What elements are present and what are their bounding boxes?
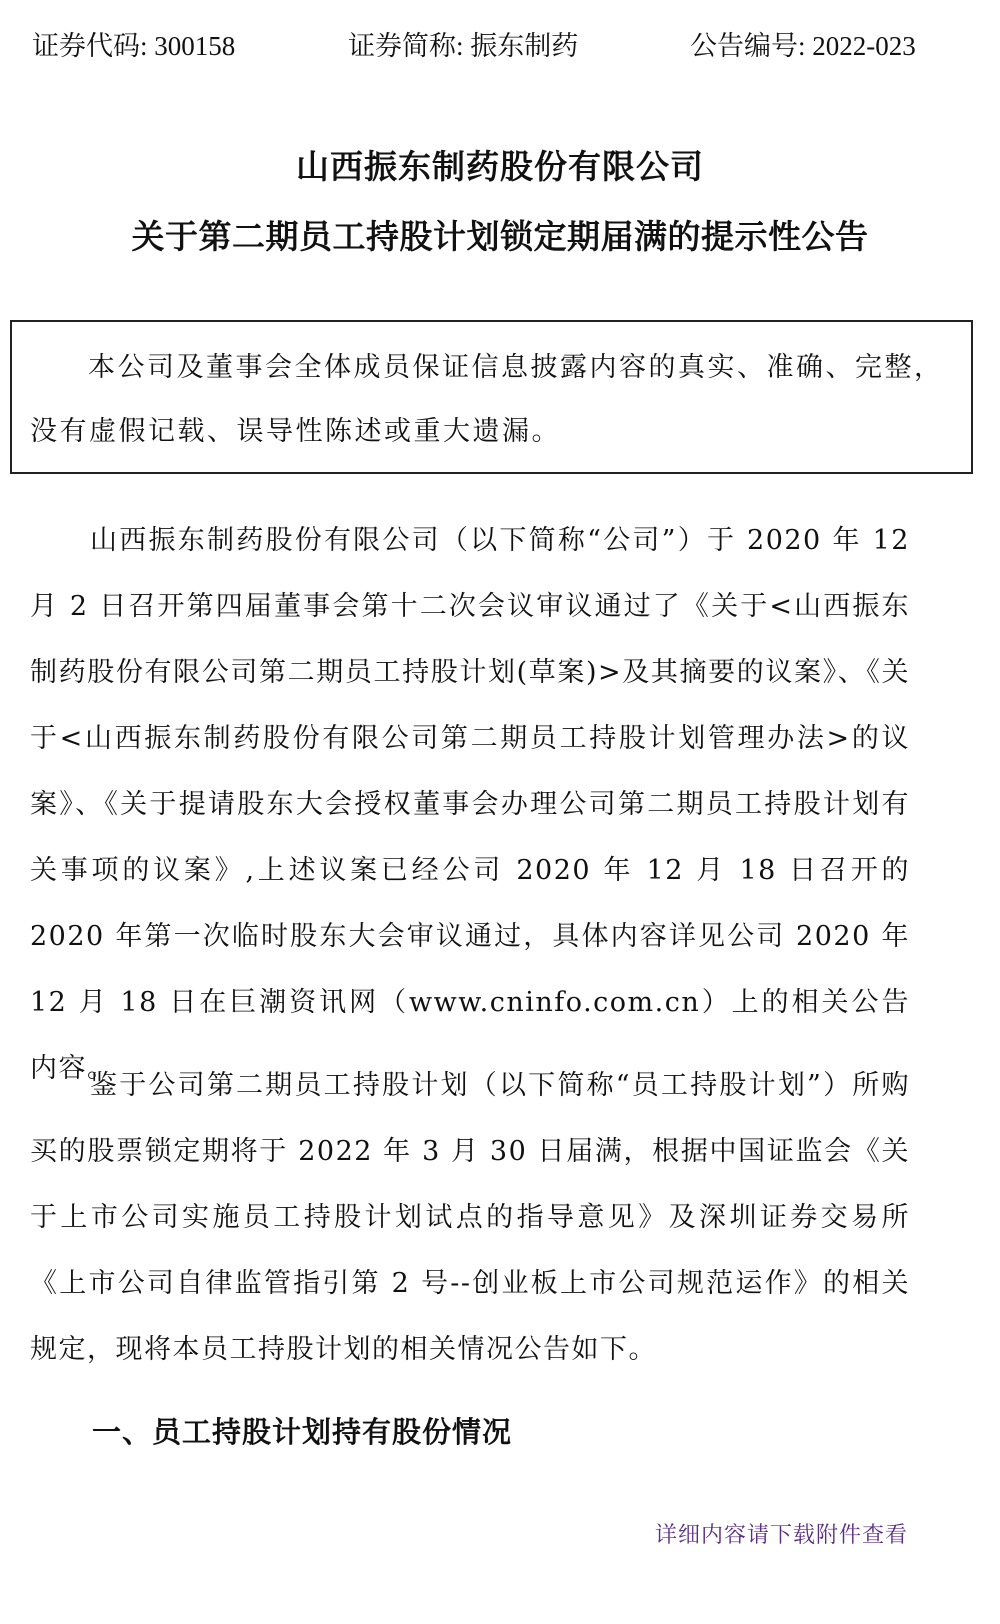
announcement-number: 公告编号: 2022-023: [690, 26, 916, 66]
body-paragraph-1: 山西振东制药股份有限公司（以下简称“公司”）于 2020 年 12 月 2 日召…: [30, 508, 910, 1102]
download-attachment-link[interactable]: 详细内容请下载附件查看: [655, 1519, 908, 1553]
section-heading-shareholding: 一、员工持股计划持有股份情况: [92, 1410, 512, 1454]
security-code: 证券代码: 300158: [32, 26, 235, 66]
announcement-header: 证券代码: 300158 证券简称: 振东制药 公告编号: 2022-023: [0, 26, 1000, 66]
disclaimer-box: 本公司及董事会全体成员保证信息披露内容的真实、准确、完整，没有虚假记载、误导性陈…: [10, 320, 973, 474]
security-short-name: 证券简称: 振东制药: [348, 26, 578, 66]
announcement-title: 关于第二期员工持股计划锁定期届满的提示性公告: [0, 215, 1000, 259]
body-paragraph-2: 鉴于公司第二期员工持股计划（以下简称“员工持股计划”）所购买的股票锁定期将于 2…: [30, 1053, 910, 1383]
disclaimer-text: 本公司及董事会全体成员保证信息披露内容的真实、准确、完整，没有虚假记载、误导性陈…: [30, 336, 960, 464]
company-title: 山西振东制药股份有限公司: [0, 145, 1000, 189]
